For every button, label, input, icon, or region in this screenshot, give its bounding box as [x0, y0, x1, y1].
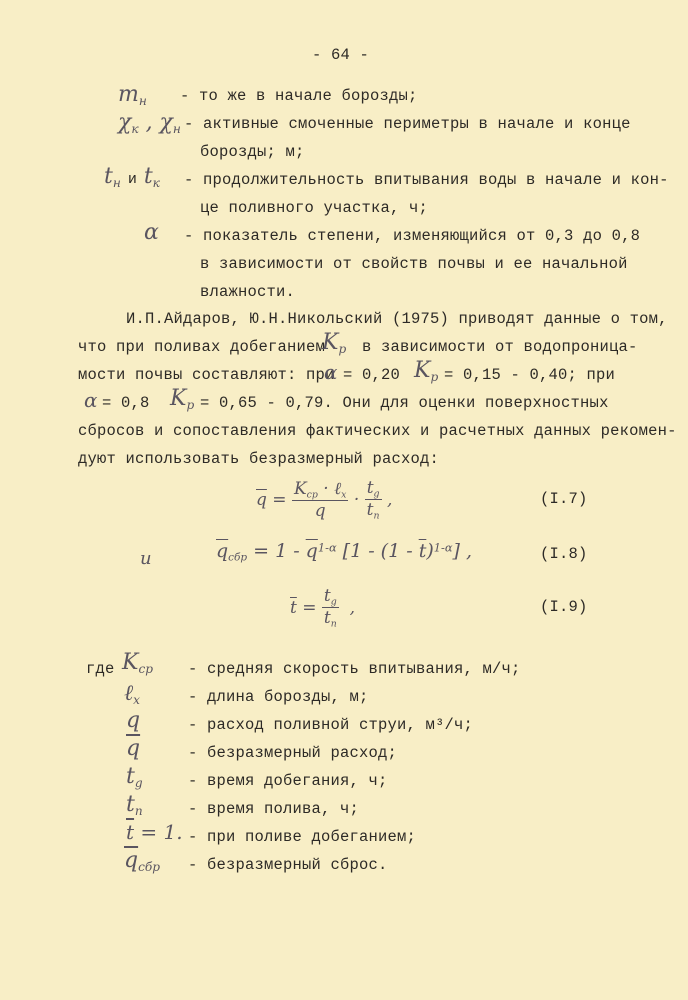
symbol-q-sbr: qсбр: [124, 848, 160, 874]
definition-text: - продолжительность впитывания воды в на…: [184, 171, 669, 189]
paragraph-line: = 0,20: [343, 366, 400, 384]
paragraph-line: = 0,65 - 0,79. Они для оценки поверхност…: [200, 394, 609, 412]
symbol-l-x: ℓx: [124, 680, 140, 707]
definition-text: - расход поливной струи, м³/ч;: [188, 716, 473, 734]
symbol-k-sr: Kср: [122, 650, 153, 676]
equation-prefix: и: [140, 548, 152, 569]
paragraph-line: сбросов и сопоставления фактических и ра…: [78, 422, 677, 440]
page-number: - 64 -: [312, 46, 369, 64]
definition-text: - безразмерный расход;: [188, 744, 397, 762]
equation-number: (I.8): [540, 545, 588, 563]
equation-i7: q = Kср · ℓxq · tgtп ,: [256, 478, 392, 522]
symbol-t-p: tп: [126, 792, 143, 818]
paragraph-line: мости почвы составляют: при: [78, 366, 335, 384]
equation-i9: t = tgtп ,: [290, 586, 355, 630]
paragraph-line: дуют использовать безразмерный расход:: [78, 450, 439, 468]
paragraph-line: в зависимости от водопроница-: [362, 338, 638, 356]
symbol-q-bar: q: [126, 736, 140, 761]
definition-text: - при поливе добеганием;: [188, 828, 416, 846]
symbol-alpha: α: [144, 220, 159, 245]
definition-text: - время полива, ч;: [188, 800, 359, 818]
definition-continuation: це поливного участка, ч;: [200, 199, 428, 217]
symbol-q: q: [126, 708, 140, 733]
definition-text: - время добегания, ч;: [188, 772, 388, 790]
definition-text: - активные смоченные периметры в начале …: [184, 115, 631, 133]
paragraph-line: = 0,8: [102, 394, 150, 412]
symbol-kp: Kр: [414, 358, 438, 384]
equation-i8: qсбр = 1 - q1-α [1 - (1 - t)1-α] ,: [216, 540, 472, 564]
paragraph-line: = 0,15 - 0,40; при: [444, 366, 615, 384]
symbol-chi: χк , χн: [118, 110, 181, 136]
equation-number: (I.7): [540, 490, 588, 508]
symbol-m-n: mн: [118, 82, 147, 108]
symbol-alpha: α: [84, 388, 98, 412]
equation-number: (I.9): [540, 598, 588, 616]
where-label: где: [86, 660, 115, 678]
definition-text: - средняя скорость впитывания, м/ч;: [188, 660, 521, 678]
symbol-kp: Kр: [170, 386, 194, 412]
symbol-kp: Kр: [322, 330, 346, 356]
document-page: - 64 - mн - то же в начале борозды; χк ,…: [0, 0, 688, 1000]
definition-text: - длина борозды, м;: [188, 688, 369, 706]
symbol-t-g: tg: [126, 764, 143, 790]
definition-continuation: борозды; м;: [200, 143, 305, 161]
definition-text: - безразмерный сброс.: [188, 856, 388, 874]
symbol-t-n-k: tн и tк: [104, 164, 160, 190]
definition-text: - то же в начале борозды;: [180, 87, 418, 105]
symbol-t-bar-eq-1: t = 1.: [126, 820, 183, 844]
paragraph-line: что при поливах добеганием: [78, 338, 325, 356]
definition-text: - показатель степени, изменяющийся от 0,…: [184, 227, 640, 245]
definition-continuation: влажности.: [200, 283, 295, 301]
symbol-alpha: α: [324, 360, 338, 384]
definition-continuation: в зависимости от свойств почвы и ее нача…: [200, 255, 628, 273]
paragraph-line: И.П.Айдаров, Ю.Н.Никольский (1975) приво…: [126, 310, 668, 328]
